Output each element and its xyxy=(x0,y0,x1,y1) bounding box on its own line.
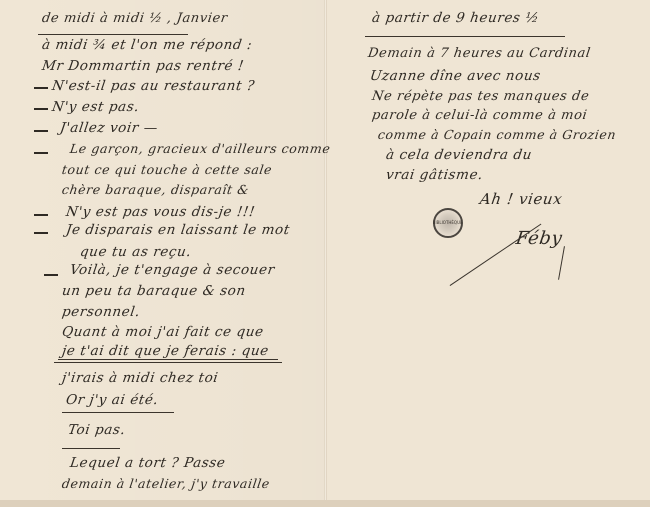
left-line-11: Je disparais en laissant le mot xyxy=(65,222,291,238)
right-line-1: à partir de 9 heures ½ xyxy=(371,10,540,26)
stamp-text: BIBLIOTHÈQUE xyxy=(433,221,463,225)
left-line-8: tout ce qui touche à cette sale xyxy=(61,162,273,177)
dialogue-dash xyxy=(34,232,48,234)
left-line-21: Lequel a tort ? Passe xyxy=(69,455,227,471)
separator-rule xyxy=(62,412,174,413)
left-line-15: personnel. xyxy=(61,304,141,320)
left-line-3: Mr Dommartin pas rentré ! xyxy=(41,58,245,74)
left-line-9: chère baraque, disparaît & xyxy=(61,182,250,197)
letter-sheet: de midi à midi ½ , Janvier à midi ¾ et l… xyxy=(0,0,650,507)
left-line-14: un peu ta baraque & son xyxy=(61,283,247,299)
dialogue-dash xyxy=(34,108,48,110)
separator-rule xyxy=(62,448,120,449)
closing-phrase: Ah ! vieux xyxy=(479,190,564,208)
right-line-7: à cela deviendra du xyxy=(385,147,533,163)
left-line-20: Toi pas. xyxy=(67,422,127,438)
right-line-6: comme à Copain comme à Grozien xyxy=(377,127,617,142)
left-line-16: Quant à moi j'ai fait ce que xyxy=(61,324,265,340)
underline xyxy=(54,362,282,363)
page-fold xyxy=(324,0,327,507)
left-line-4: N'est-il pas au restaurant ? xyxy=(51,78,256,94)
paper-bottom-edge xyxy=(0,500,650,507)
dialogue-dash xyxy=(34,87,48,89)
left-line-5: N'y est pas. xyxy=(51,99,140,115)
right-line-3: Uzanne dîne avec nous xyxy=(369,68,542,84)
separator-rule xyxy=(38,34,188,35)
left-line-7: Le garçon, gracieux d'ailleurs comme xyxy=(69,141,332,156)
right-line-8: vrai gâtisme. xyxy=(385,167,484,183)
dialogue-dash xyxy=(34,152,48,154)
left-line-22: demain à l'atelier, j'y travaille xyxy=(61,476,271,491)
left-line-10: N'y est pas vous dis-je !!! xyxy=(65,204,256,220)
library-stamp: BIBLIOTHÈQUE xyxy=(433,208,463,238)
underline xyxy=(58,359,278,360)
dialogue-dash xyxy=(44,274,58,276)
left-line-18: j'irais à midi chez toi xyxy=(61,370,220,386)
left-line-17: je t'ai dit que je ferais : que xyxy=(61,343,270,359)
left-line-1: de midi à midi ½ , Janvier xyxy=(41,11,229,26)
dialogue-dash xyxy=(34,130,48,132)
left-line-19: Or j'y ai été. xyxy=(65,392,160,408)
signature: Féby xyxy=(515,228,564,249)
separator-rule xyxy=(365,36,565,37)
right-line-4: Ne répète pas tes manques de xyxy=(371,89,590,104)
left-line-6: J'allez voir — xyxy=(59,120,159,136)
left-line-2: à midi ¾ et l'on me répond : xyxy=(41,37,253,53)
left-line-12: que tu as reçu. xyxy=(79,244,193,260)
right-line-2: Demain à 7 heures au Cardinal xyxy=(367,46,592,61)
dialogue-dash xyxy=(34,214,48,216)
right-line-5: parole à celui-là comme à moi xyxy=(371,108,588,123)
left-line-13: Voilà, je t'engage à secouer xyxy=(69,262,276,278)
